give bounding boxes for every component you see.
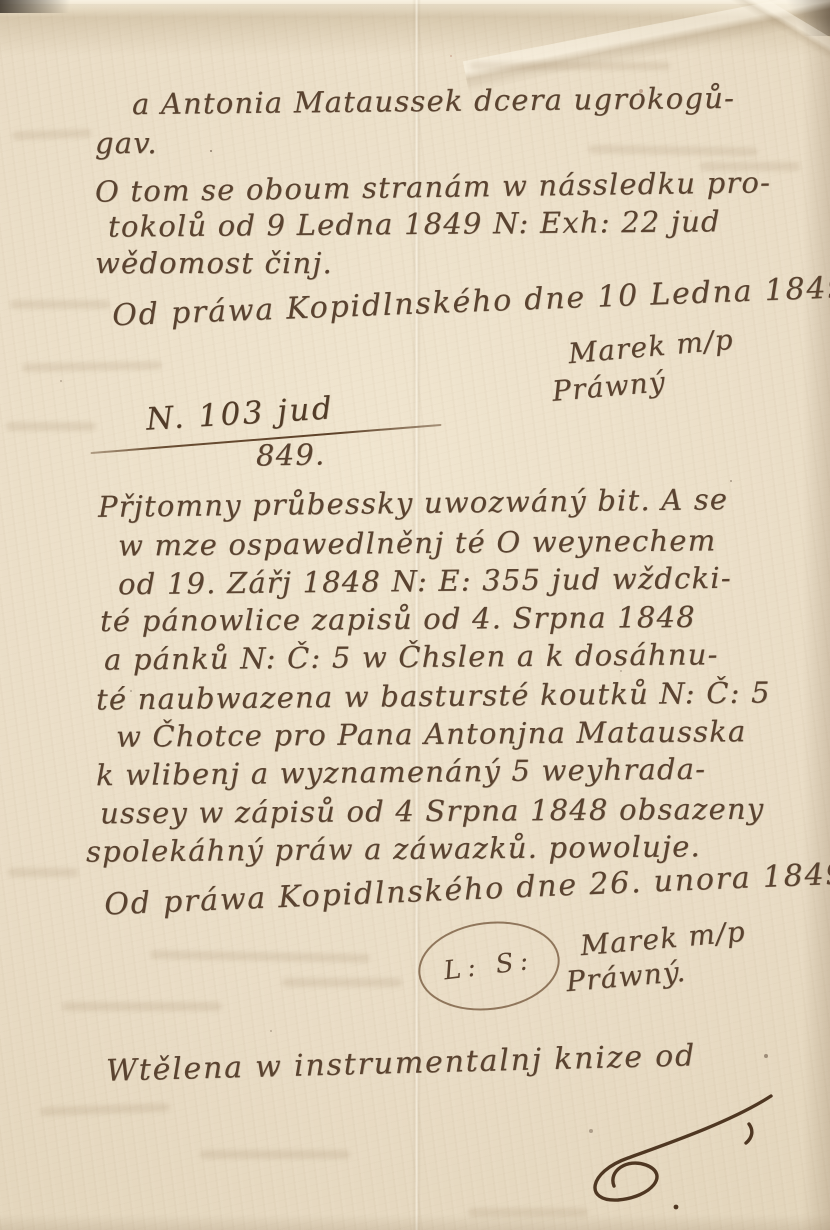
handwriting-line: Přjtomny průbessky uwozwáný bit. A se	[98, 482, 729, 524]
bleedthrough-mark	[40, 1103, 170, 1117]
bleedthrough-mark	[22, 361, 162, 372]
bleedthrough-mark	[10, 300, 110, 309]
bleedthrough-mark	[6, 422, 96, 431]
docket-number: N. 103 jud	[145, 390, 335, 437]
handwriting-line: gav.	[95, 126, 158, 160]
bleedthrough-mark	[282, 978, 402, 987]
handwriting-line: spolekáhný práw a záwazků. powoluje.	[86, 829, 701, 868]
handwriting-line: tokolů od 9 Ledna 1849 N: Exh: 22 jud	[108, 204, 721, 243]
bleedthrough-mark	[588, 145, 758, 157]
right-edge-shading	[802, 0, 830, 1230]
bleedthrough-mark	[8, 868, 78, 877]
handwriting-line: w Čhotce pro Pana Antonjna Matausska	[116, 714, 747, 754]
handwriting-line: w mze ospawedlněnj té O weynechem	[118, 523, 717, 562]
signature-title: Práwný	[551, 365, 667, 408]
bleedthrough-mark	[470, 62, 670, 70]
bleedthrough-mark	[62, 1002, 222, 1011]
handwriting-line: a pánků N: Č: 5 w Čhslen a k dosáhnu-	[104, 637, 719, 676]
handwriting-line: k wlibenj a wyznamenáný 5 weyhrada-	[96, 752, 706, 792]
ls-seal-mark: L: S:	[413, 914, 565, 1019]
handwriting-line: O tom se oboum stranám w nássledku pro-	[95, 165, 771, 208]
signature-name: Marek m/p	[579, 915, 747, 962]
pen-flourish	[556, 1078, 796, 1223]
paper-specks	[210, 150, 212, 152]
bleedthrough-mark	[12, 129, 92, 141]
docket-year: 849.	[256, 437, 326, 472]
bleedthrough-mark	[150, 950, 370, 963]
signature-name: Marek m/p	[567, 323, 735, 370]
manuscript-page: a Antonia Mataussek dcera ugrokogů- gav.…	[0, 0, 830, 1230]
handwriting-line: ussey w zápisů od 4 Srpna 1848 obsazeny	[100, 792, 765, 831]
handwriting-line: wědomost činj.	[95, 246, 333, 280]
handwriting-line: od 19. Zářj 1848 N: E: 355 jud wždcki-	[118, 561, 732, 601]
handwriting-line: a Antonia Mataussek dcera ugrokogů-	[132, 81, 735, 121]
seal-text: L: S:	[442, 946, 536, 987]
handwriting-line: té pánowlice zapisů od 4. Srpna 1848	[100, 600, 696, 638]
bleedthrough-mark	[200, 1150, 350, 1159]
corner-shadow-top-left	[0, 0, 96, 13]
handwriting-line: té naubwazena w bastursté koutků N: Č: 5	[96, 675, 771, 716]
